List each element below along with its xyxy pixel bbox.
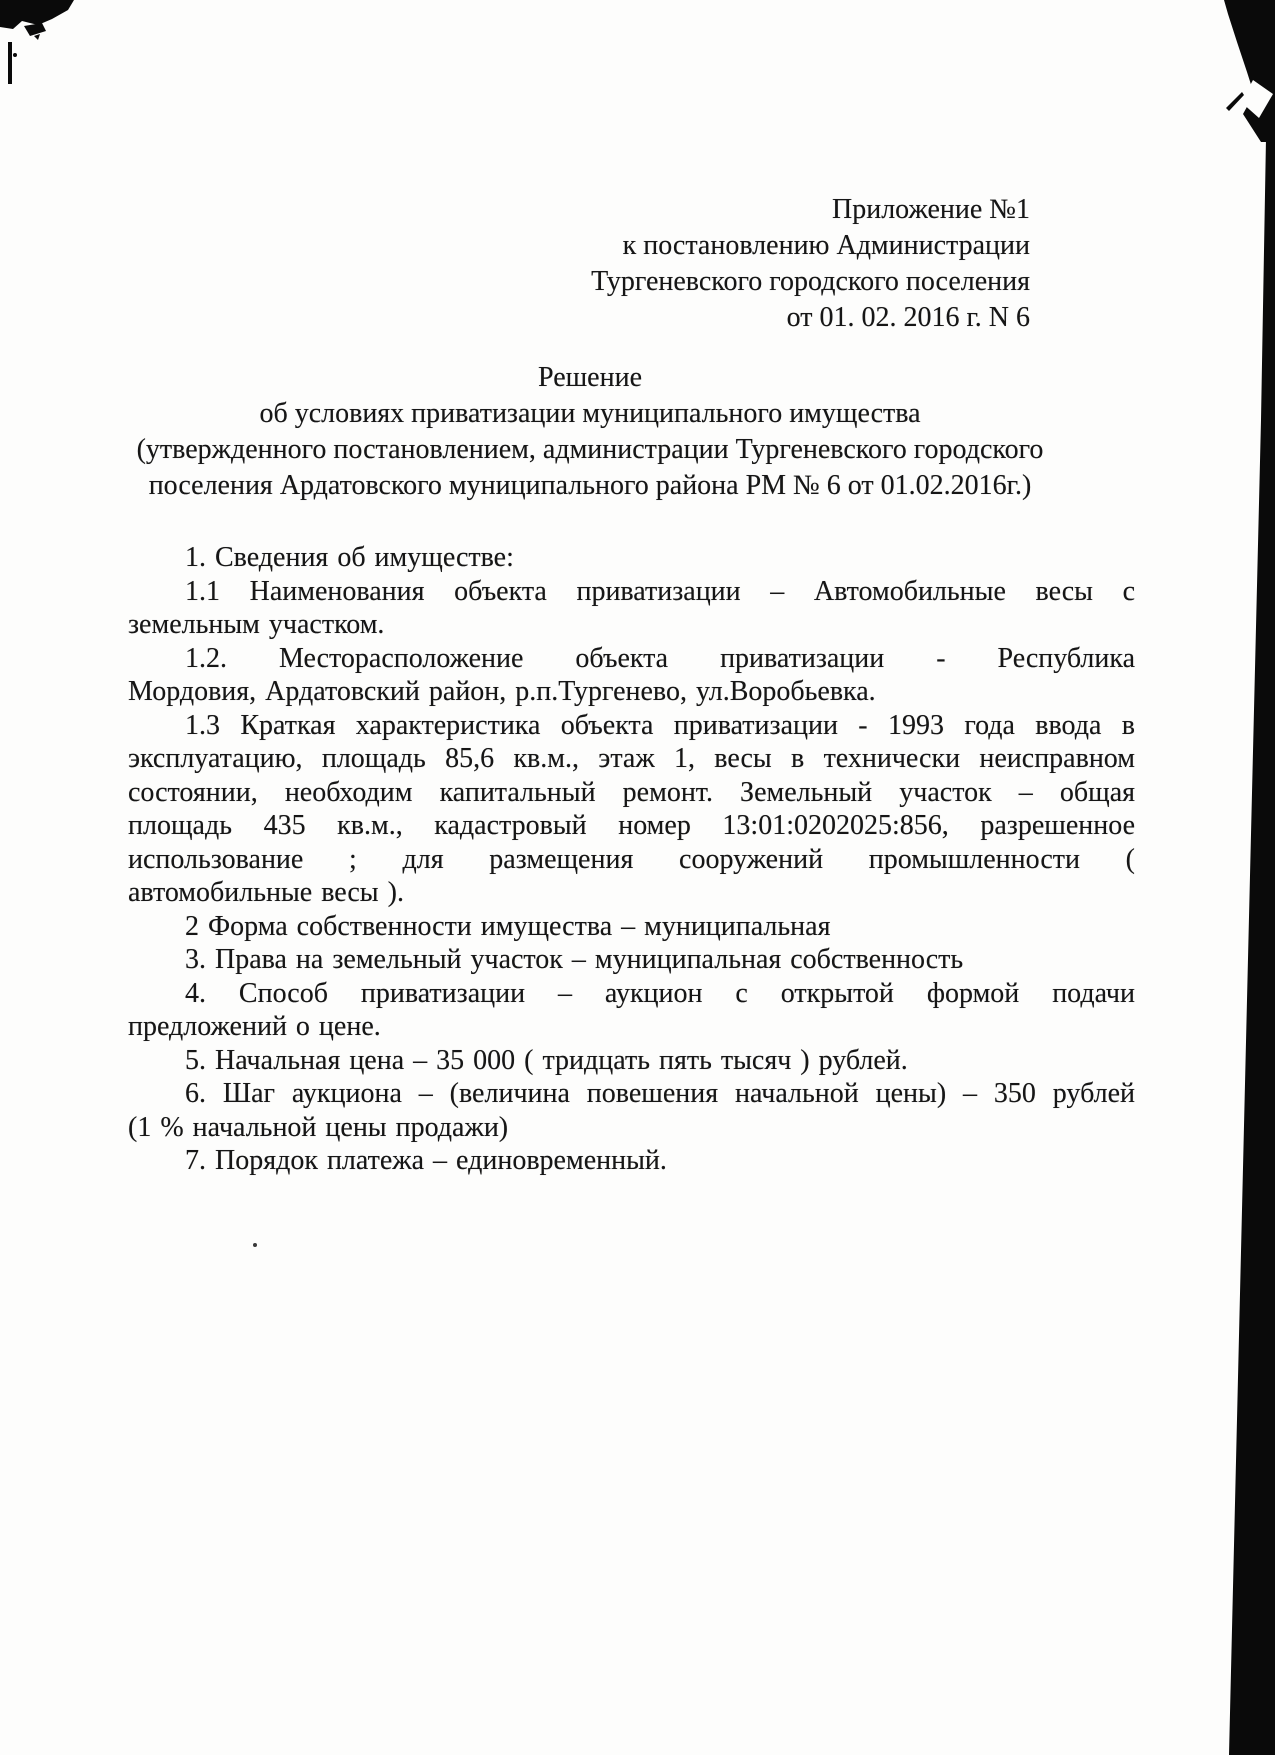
title-line: (утвержденного постановлением, администр… [40,432,1140,468]
scan-corner-top-right [1224,0,1275,142]
body-line: 6. Шаг аукциона – (величина повешения на… [128,1077,1135,1111]
scan-edge-right [1229,138,1275,1755]
body-line: использование ; для размещения сооружени… [128,843,1135,877]
body-line: 3. Права на земельный участок – муниципа… [128,943,1135,977]
body-line: (1 % начальной цены продажи) [128,1111,1135,1145]
body-line: состоянии, необходим капитальный ремонт.… [128,776,1135,810]
body-line: 7. Порядок платежа – единовременный. [128,1144,1135,1178]
header-line: к постановлению Администрации [591,228,1030,264]
body-line: 4. Способ приватизации – аукцион с откры… [128,977,1135,1011]
header-line: Приложение №1 [591,192,1030,228]
body-line: 2 Форма собственности имущества – муници… [128,910,1135,944]
body-line: 1.3 Краткая характеристика объекта прива… [128,709,1135,743]
body-line: Мордовия, Ардатовский район, р.п.Тургене… [128,675,1135,709]
header-line: Тургеневского городского поселения [591,264,1030,300]
scan-artifact-top-left [0,0,74,84]
body-line: предложений о цене. [128,1010,1135,1044]
scanned-document-page: Приложение №1к постановлению Администрац… [0,0,1275,1755]
body-line: эксплуатацию, площадь 85,6 кв.м., этаж 1… [128,742,1135,776]
document-header: Приложение №1к постановлению Администрац… [591,192,1030,336]
title-line: Решение [40,360,1140,396]
body-line: земельным участком. [128,608,1135,642]
ink-dot [253,1243,257,1247]
body-line: 5. Начальная цена – 35 000 ( тридцать пя… [128,1044,1135,1078]
body-line: 1.2. Месторасположение объекта приватиза… [128,642,1135,676]
body-line: площадь 435 кв.м., кадастровый номер 13:… [128,809,1135,843]
body-line: автомобильные весы ). [128,876,1135,910]
body-line: 1. Сведения об имуществе: [128,541,1135,575]
header-line: от 01. 02. 2016 г. N 6 [591,300,1030,336]
body-line: 1.1 Наименования объекта приватизации – … [128,575,1135,609]
title-line: об условиях приватизации муниципального … [40,396,1140,432]
title-line: поселения Ардатовского муниципального ра… [40,468,1140,504]
document-body: 1. Сведения об имуществе:1.1 Наименовани… [128,541,1135,1178]
document-title: Решениеоб условиях приватизации муниципа… [40,360,1140,504]
